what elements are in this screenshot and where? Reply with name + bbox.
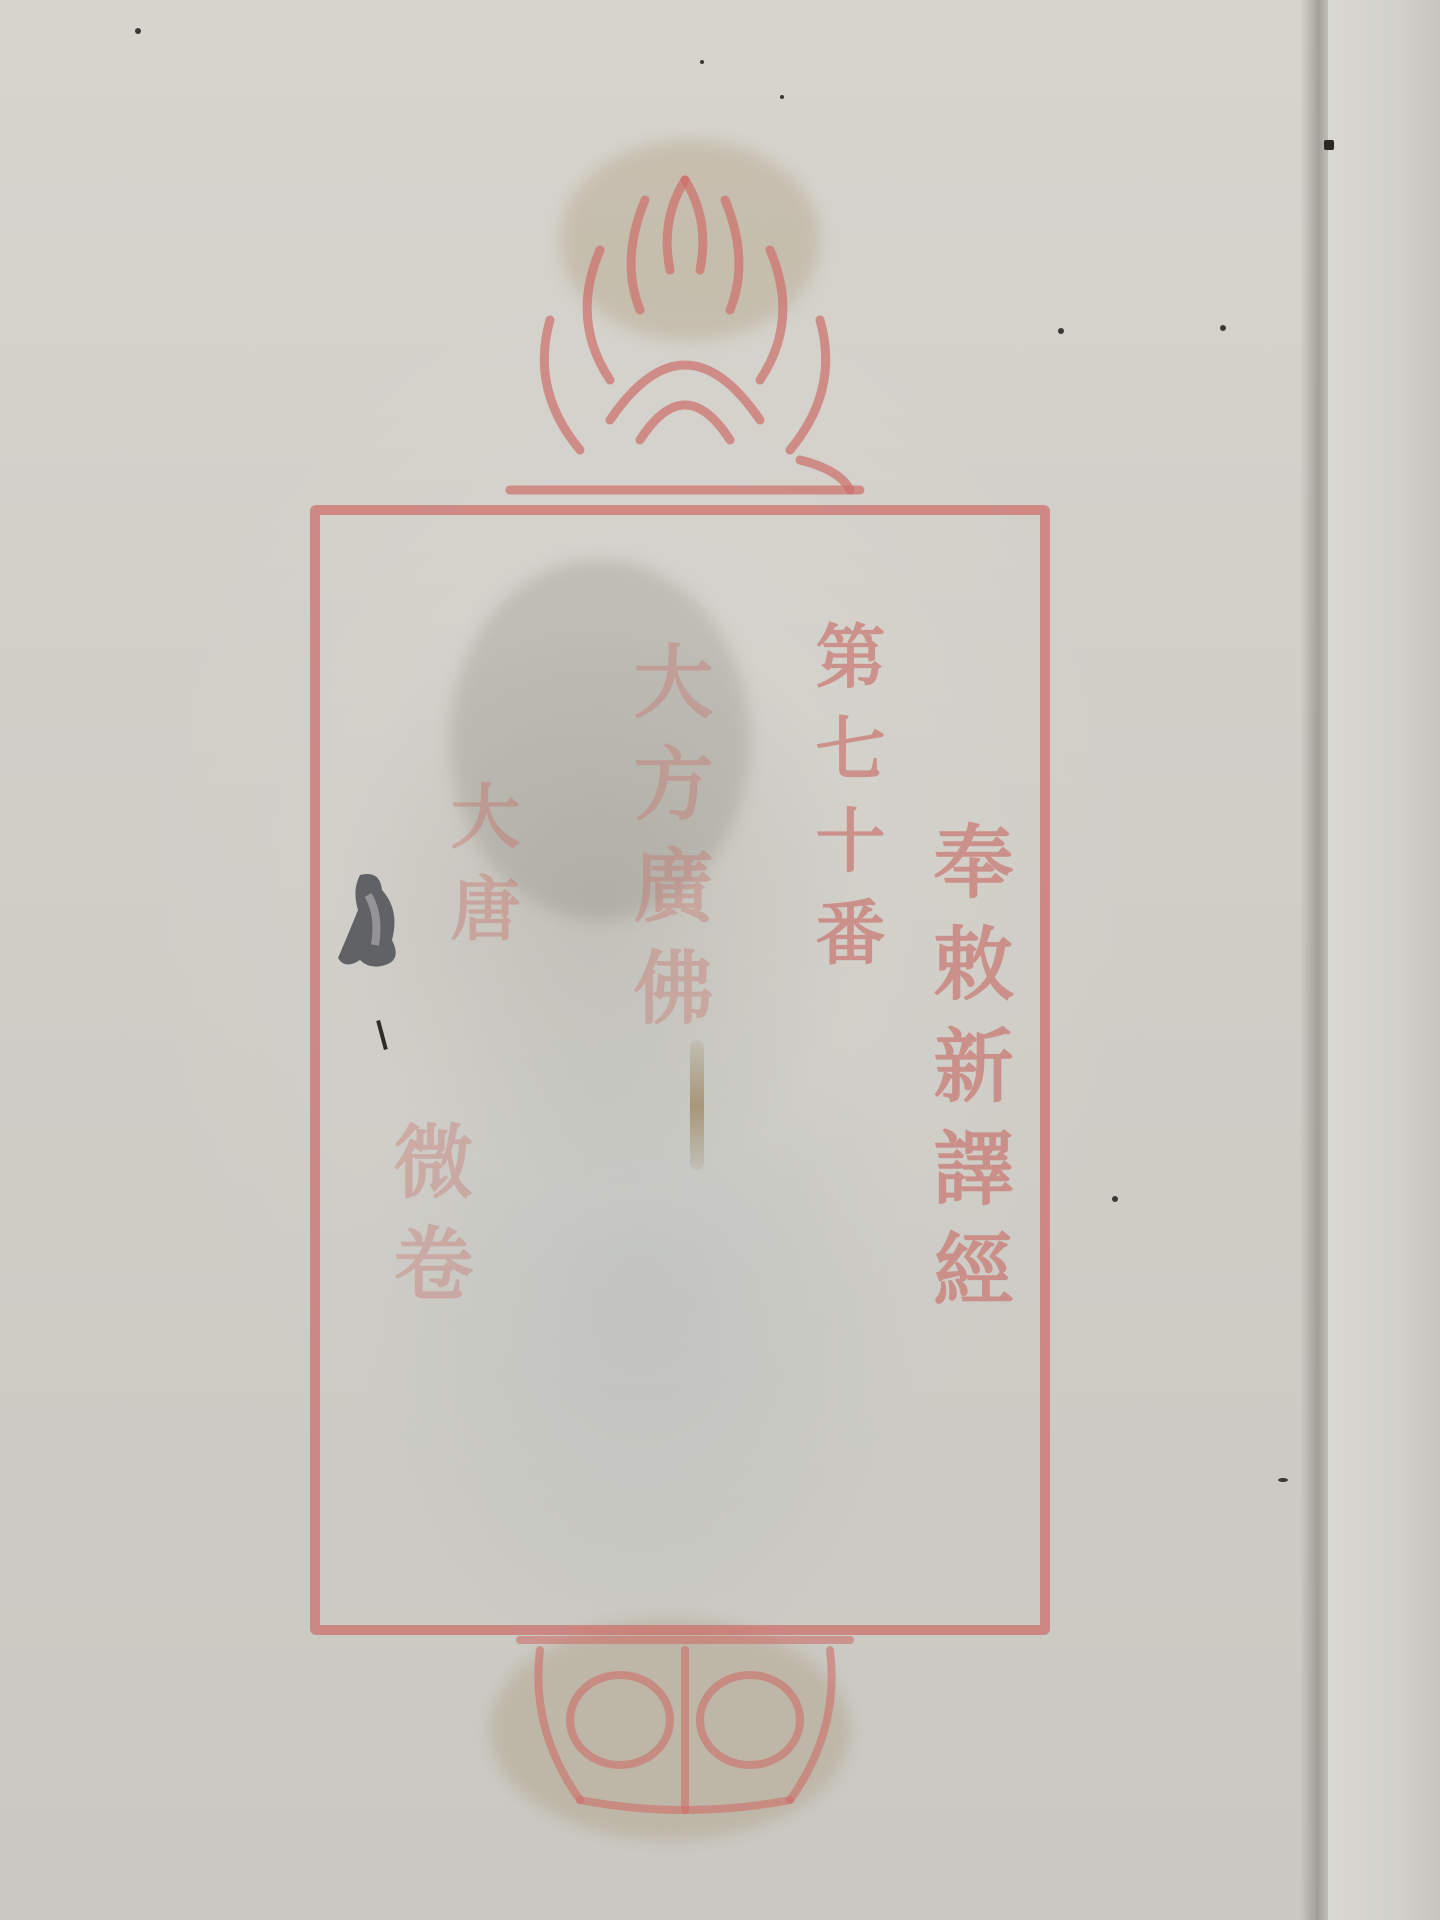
title-column-center: 大方廣佛 [610, 640, 725, 1048]
title-column-left-upper: 大唐 [430, 780, 531, 964]
paper-crease [690, 1040, 704, 1170]
ink-blot [330, 870, 405, 980]
page-fold-shadow [1300, 0, 1330, 1920]
title-column-volume: 第七十番 [795, 620, 896, 988]
paper-speck [1324, 140, 1334, 150]
title-column-right: 奉敕新譯經 [910, 820, 1025, 1330]
flame-crest-ornament [470, 160, 900, 520]
aged-paper-sheet: 奉敕新譯經 第七十番 大方廣佛 大唐 微卷 [0, 0, 1318, 1920]
lotus-base-ornament [500, 1630, 870, 1820]
adjacent-page-edge [1328, 0, 1440, 1920]
title-column-left-lower: 微卷 [370, 1120, 485, 1324]
